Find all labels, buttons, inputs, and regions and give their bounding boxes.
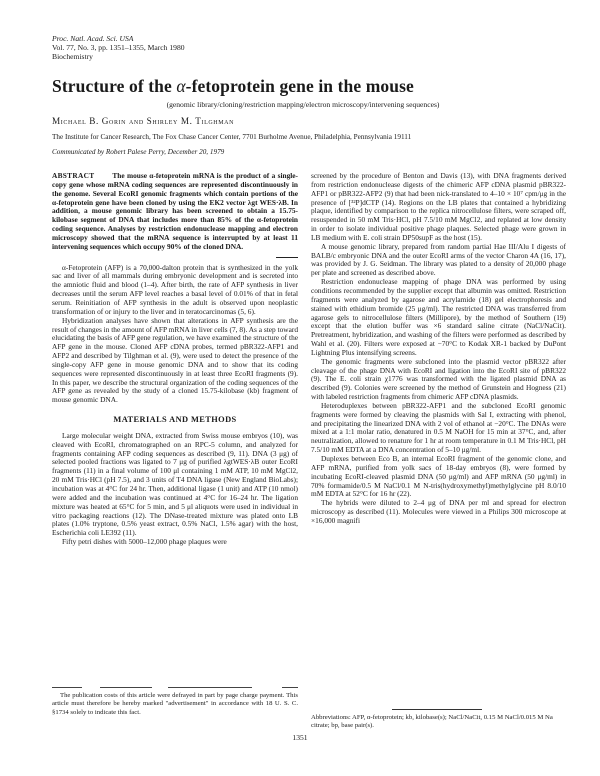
methods-paragraph: Fifty petri dishes with 5000–12,000 phag… [52,538,298,547]
abstract-separator [276,257,298,258]
methods-paragraph: The genomic fragments were subcloned int… [311,358,566,402]
page-number: 1351 [0,733,600,742]
footnote-publication-costs: The publication costs of this article we… [52,692,298,717]
methods-paragraph: Large molecular weight DNA, extracted fr… [52,432,298,538]
methods-paragraph: Heteroduplexes between pBR322-AFP1 and t… [311,402,566,455]
title-suffix: -fetoprotein gene in the mouse [186,76,414,96]
footnote-rule-left [52,687,298,688]
intro-paragraph: α-Fetoprotein (AFP) is a 70,000-dalton p… [52,264,298,317]
journal-volume: Vol. 77, No. 3, pp. 1351–1355, March 198… [52,43,185,52]
keywords: (genomic library/cloning/restriction map… [0,100,600,109]
title-prefix: Structure of the [52,76,176,96]
journal-header: Proc. Natl. Acad. Sci. USA Vol. 77, No. … [52,34,185,61]
footnote-abbreviations: Abbreviations: AFP, α-fetoprotein; kb, k… [311,714,566,731]
affiliation: The Institute for Cancer Research, The F… [52,133,411,141]
footnote-rule-right [392,709,482,710]
methods-paragraph: The hybrids were diluted to 2–4 μg of DN… [311,499,566,526]
left-column: ABSTRACTThe mouse α-fetoprotein mRNA is … [52,172,298,547]
footnote-left: The publication costs of this article we… [52,692,298,717]
intro-paragraph: Hybridization analyses have shown that a… [52,317,298,405]
journal-section: Biochemistry [52,52,185,61]
methods-paragraph: screened by the procedure of Benton and … [311,172,566,243]
title-alpha: α [176,76,185,96]
authors: Michael B. Gorin and Shirley M. Tilghman [52,116,234,126]
methods-paragraph: Restriction endonuclease mapping of phag… [311,278,566,358]
communicated-by: Communicated by Robert Palese Perry, Dec… [52,148,224,156]
abstract: ABSTRACTThe mouse α-fetoprotein mRNA is … [52,172,298,252]
abstract-label: ABSTRACT [52,171,94,180]
abstract-text: The mouse α-fetoprotein mRNA is the prod… [52,171,298,251]
right-column: screened by the procedure of Benton and … [311,172,566,526]
journal-name: Proc. Natl. Acad. Sci. USA [52,34,185,43]
paper-title: Structure of the α-fetoprotein gene in t… [52,76,414,97]
section-heading: MATERIALS AND METHODS [52,416,298,425]
methods-paragraph: A mouse genomic library, prepared from r… [311,243,566,278]
methods-paragraph: Duplexes between Eco B, an internal EcoR… [311,455,566,499]
